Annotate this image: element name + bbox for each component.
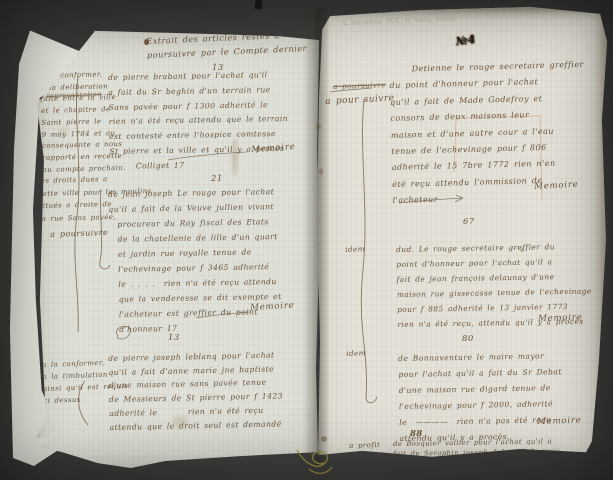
entry-88-number: 88 <box>410 429 423 439</box>
entry-21-margin-note: a poursuivre <box>50 228 108 239</box>
entry-67-margin-note: idem <box>345 244 365 254</box>
entry-80-number: 80 <box>462 334 474 344</box>
page-number-smudge: №4 <box>455 33 476 48</box>
show-through-ghost-text: billet pour fr 300 adherité 2 <box>342 15 455 27</box>
manuscript-scan: Extrait des articles restés apoursuivre … <box>0 0 613 480</box>
entry-80-body: de Bonnaventure le maire mayorpour l'ach… <box>398 348 563 447</box>
entry-13a-body: de pierre brabant pour l'achat qu'ila fa… <box>108 68 289 175</box>
entry-80-margin-note: idem <box>346 348 366 358</box>
entry-13a-memoire-note: Memoire <box>251 142 296 155</box>
binding-clip <box>254 0 262 9</box>
entry-21-body: de jean joseph Le rouge pour l'achatqu'i… <box>108 184 282 337</box>
entry-13b-body: de pierre joseph leblanq pour l'achatqu'… <box>108 348 284 434</box>
page-title: Extrait des articles restés apoursuivre … <box>146 27 307 62</box>
entry-80-memoire-note: Memoire <box>537 415 582 427</box>
entry-64-margin-note: a pour suivre <box>325 93 395 107</box>
entry-21-number: 21 <box>211 174 223 184</box>
entry-88-margin-note: a profit <box>349 441 380 450</box>
right-page: billet pour fr 300 adherité 2 №4 a pours… <box>316 6 608 466</box>
entry-64-margin-struck: a poursuivre <box>333 80 386 91</box>
entry-67-number: 67 <box>463 217 475 227</box>
entry-88-body: de Bosquier vallier pour l'achat qu'il a… <box>393 437 565 469</box>
entry-67-memoire-note: Memoire <box>538 312 583 324</box>
entry-21-memoire-note: Memoire <box>250 301 295 313</box>
left-page: Extrait des articles restés apoursuivre … <box>33 30 320 472</box>
entry-13b-number: 13 <box>168 333 180 343</box>
